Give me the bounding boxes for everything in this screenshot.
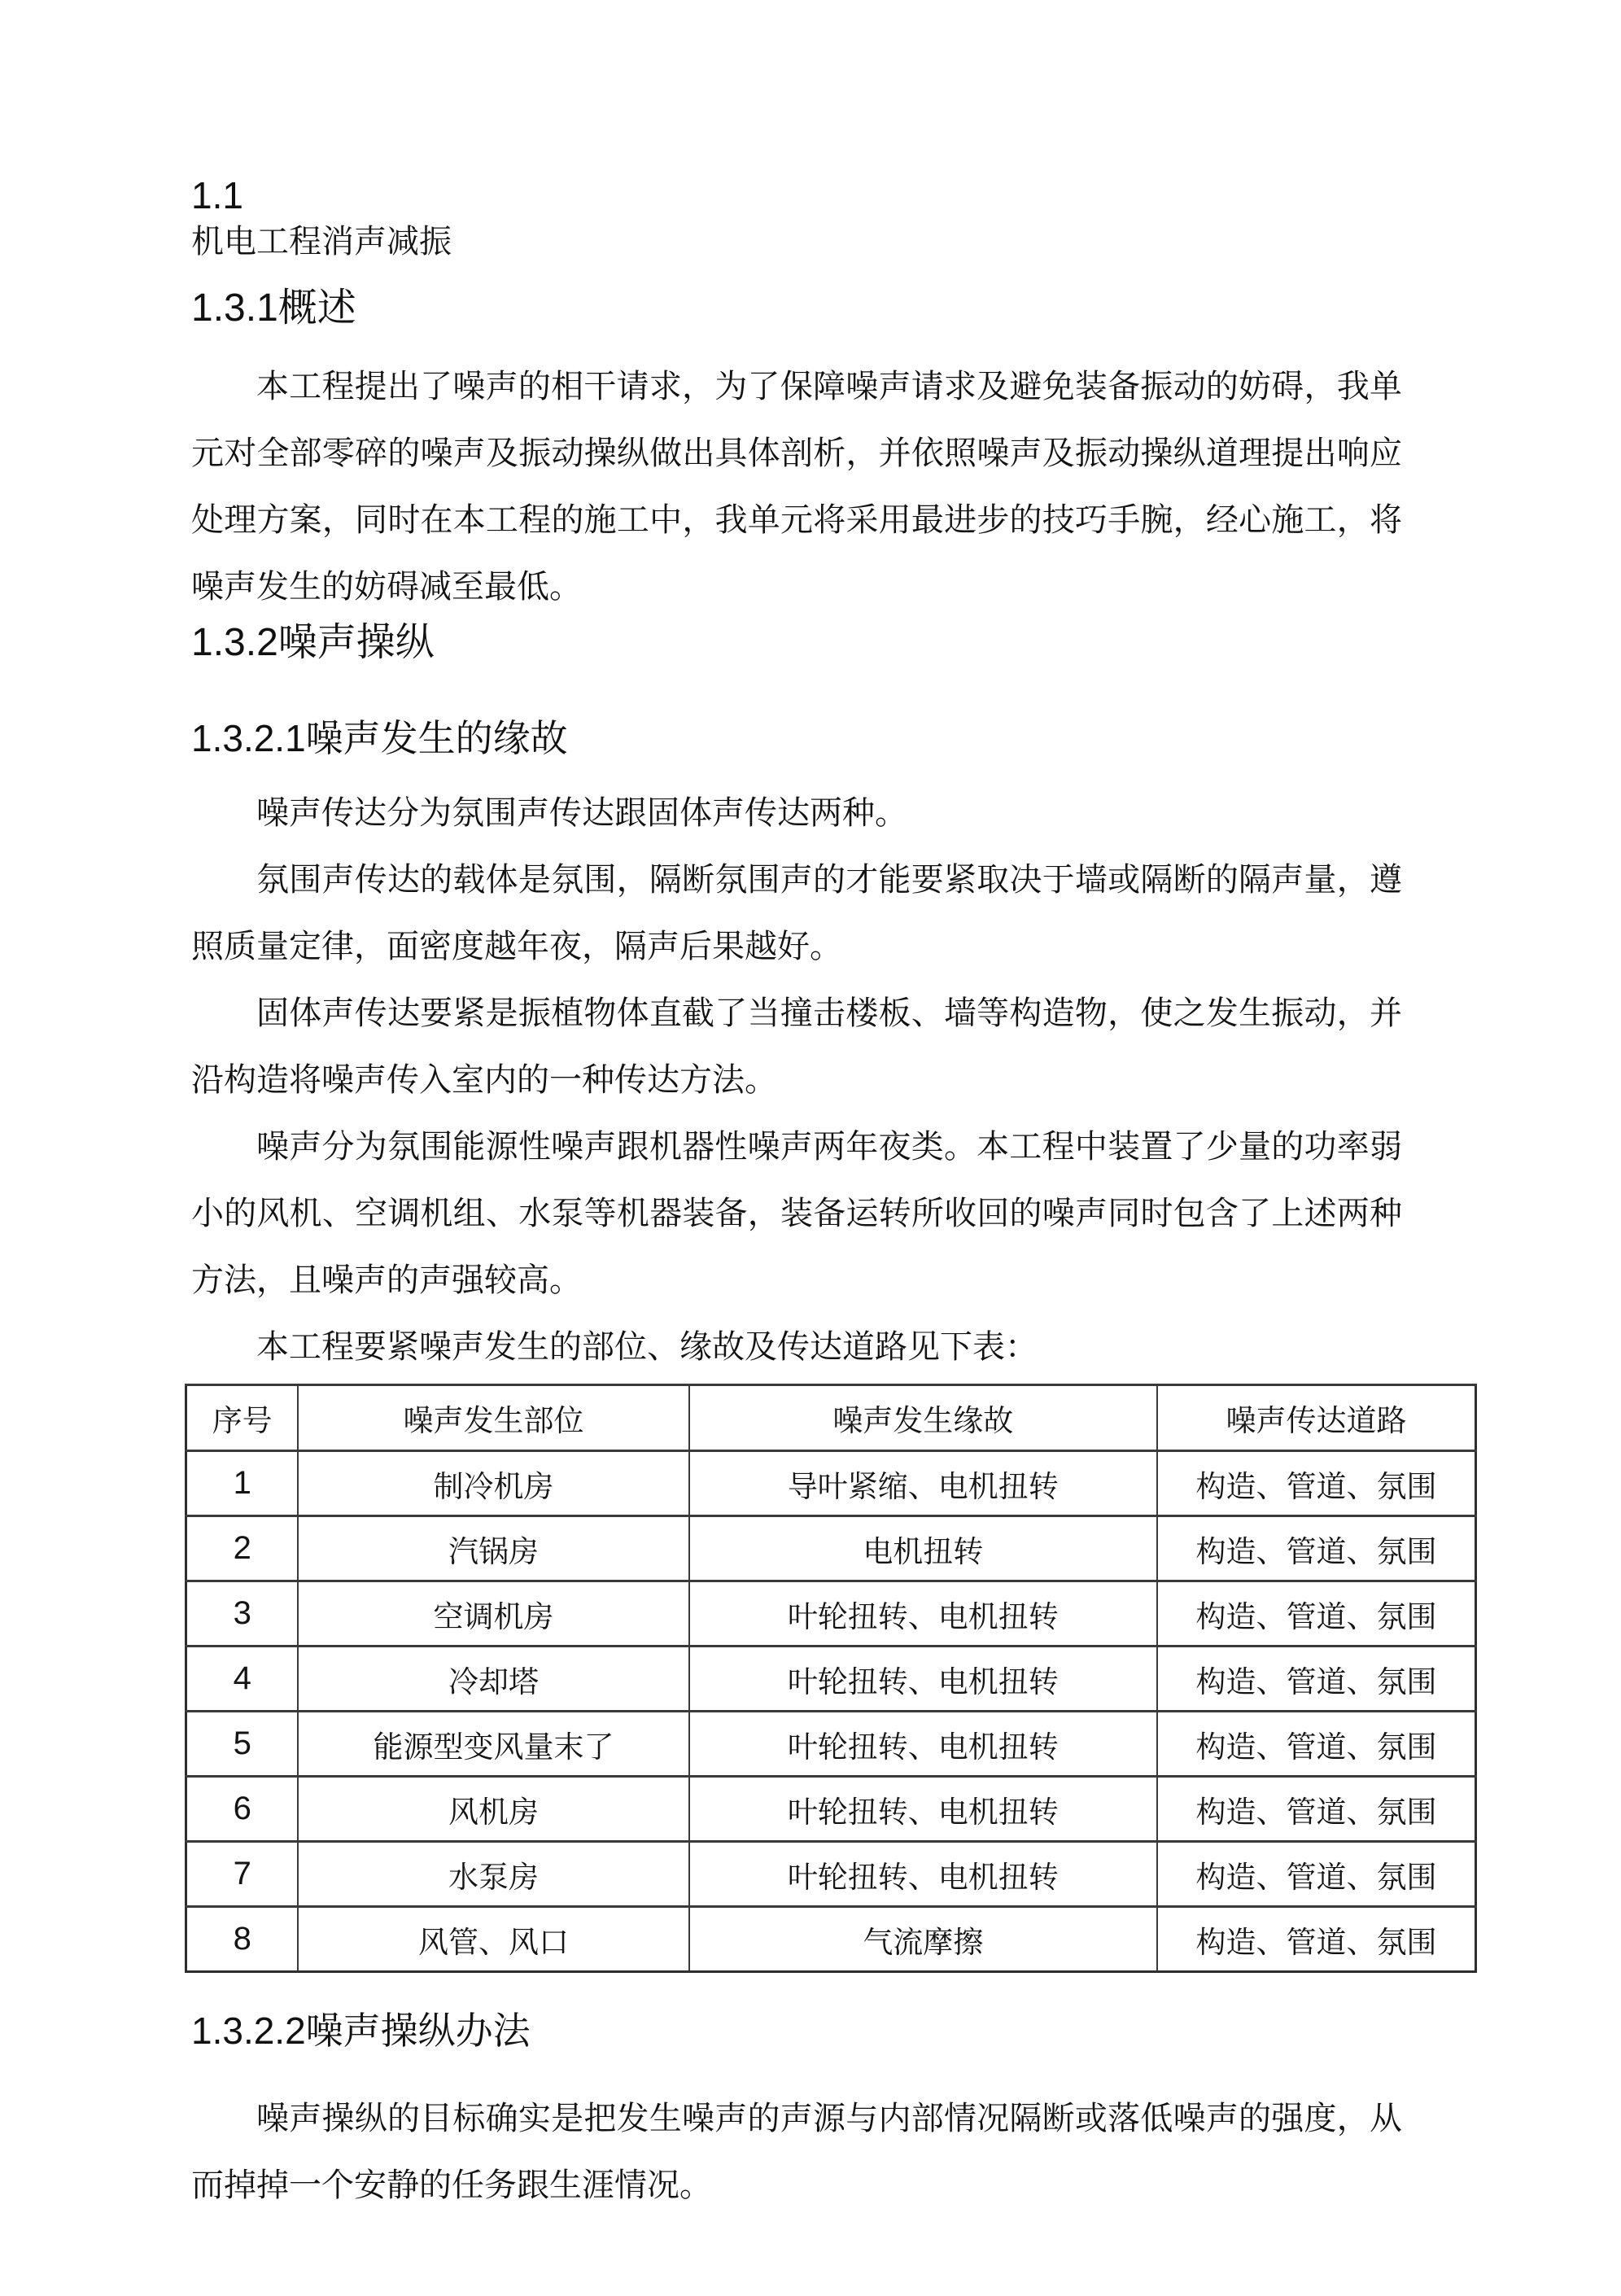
- cell-path: 构造、管道、氛围: [1157, 1451, 1476, 1516]
- para-airborne: 氛围声传达的载体是氛围，隔断氛围声的才能要紧取决于墙或隔断的隔声量，遵照质量定律…: [185, 846, 1477, 980]
- cell-location: 能源型变风量末了: [298, 1712, 688, 1777]
- table-header-row: 序号 噪声发生部位 噪声发生缘故 噪声传达道路: [186, 1385, 1476, 1451]
- heading-1-3-2-1: 1.3.2.1噪声发生的缘故: [191, 716, 1477, 760]
- cell-path: 构造、管道、氛围: [1157, 1777, 1476, 1842]
- cell-seq: 2: [186, 1516, 299, 1581]
- cell-path: 构造、管道、氛围: [1157, 1581, 1476, 1647]
- cell-path: 构造、管道、氛围: [1157, 1712, 1476, 1777]
- table-row: 6 风机房 叶轮扭转、电机扭转 构造、管道、氛围: [186, 1777, 1476, 1842]
- heading-1-3-1: 1.3.1概述: [191, 286, 1477, 331]
- cell-seq: 1: [186, 1451, 299, 1516]
- cell-seq: 7: [186, 1842, 299, 1907]
- table-row: 3 空调机房 叶轮扭转、电机扭转 构造、管道、氛围: [186, 1581, 1476, 1647]
- cell-seq: 3: [186, 1581, 299, 1647]
- cell-cause: 叶轮扭转、电机扭转: [689, 1712, 1157, 1777]
- cell-cause: 导叶紧缩、电机扭转: [689, 1451, 1157, 1516]
- para-table-intro: 本工程要紧噪声发生的部位、缘故及传达道路见下表：: [185, 1314, 1477, 1380]
- cell-path: 构造、管道、氛围: [1157, 1907, 1476, 1972]
- header-cell-location: 噪声发生部位: [298, 1385, 688, 1451]
- heading-1-3-2: 1.3.2噪声操纵: [191, 620, 1477, 666]
- cell-path: 构造、管道、氛围: [1157, 1647, 1476, 1712]
- header-cell-path: 噪声传达道路: [1157, 1385, 1476, 1451]
- cell-location: 风管、风口: [298, 1907, 688, 1972]
- cell-location: 风机房: [298, 1777, 688, 1842]
- cell-location: 汽锅房: [298, 1516, 688, 1581]
- para-solid: 固体声传达要紧是振植物体直截了当撞击楼板、墙等构造物，使之发生振动，并沿构造将噪…: [185, 980, 1477, 1113]
- heading-1-3-2-2: 1.3.2.2噪声操纵办法: [191, 2009, 1477, 2053]
- cell-cause: 叶轮扭转、电机扭转: [689, 1581, 1157, 1647]
- para-transmission: 噪声传达分为氛围声传达跟固体声传达两种。: [185, 780, 1477, 846]
- heading-1-1: 1.1: [191, 175, 1477, 216]
- cell-location: 制冷机房: [298, 1451, 688, 1516]
- cell-seq: 5: [186, 1712, 299, 1777]
- table-row: 1 制冷机房 导叶紧缩、电机扭转 构造、管道、氛围: [186, 1451, 1476, 1516]
- header-cell-seq: 序号: [186, 1385, 299, 1451]
- cell-cause: 叶轮扭转、电机扭转: [689, 1777, 1157, 1842]
- cell-cause: 气流摩擦: [689, 1907, 1157, 1972]
- table-row: 7 水泵房 叶轮扭转、电机扭转 构造、管道、氛围: [186, 1842, 1476, 1907]
- table-row: 8 风管、风口 气流摩擦 构造、管道、氛围: [186, 1907, 1476, 1972]
- table-row: 2 汽锅房 电机扭转 构造、管道、氛围: [186, 1516, 1476, 1581]
- document-page: { "doc": { "heading_1_1": "1.1", "subtit…: [0, 0, 1621, 2296]
- cell-seq: 6: [186, 1777, 299, 1842]
- cell-seq: 8: [186, 1907, 299, 1972]
- page: 1.1 机电工程消声减振 1.3.1概述 本工程提出了噪声的相干请求，为了保障噪…: [0, 0, 1621, 2296]
- doc-subtitle: 机电工程消声减振: [191, 222, 1477, 261]
- cell-path: 构造、管道、氛围: [1157, 1842, 1476, 1907]
- table-row: 4 冷却塔 叶轮扭转、电机扭转 构造、管道、氛围: [186, 1647, 1476, 1712]
- para-overview: 本工程提出了噪声的相干请求，为了保障噪声请求及避免装备振动的妨碍，我单元对全部零…: [185, 353, 1477, 620]
- cell-path: 构造、管道、氛围: [1157, 1516, 1476, 1581]
- table-row: 5 能源型变风量末了 叶轮扭转、电机扭转 构造、管道、氛围: [186, 1712, 1476, 1777]
- header-cell-cause: 噪声发生缘故: [689, 1385, 1157, 1451]
- cell-location: 空调机房: [298, 1581, 688, 1647]
- cell-cause: 电机扭转: [689, 1516, 1157, 1581]
- cell-location: 冷却塔: [298, 1647, 688, 1712]
- para-types: 噪声分为氛围能源性噪声跟机器性噪声两年夜类。本工程中装置了少量的功率弱小的风机、…: [185, 1113, 1477, 1314]
- cell-seq: 4: [186, 1647, 299, 1712]
- para-control-goal: 噪声操纵的目标确实是把发生噪声的声源与内部情况隔断或落低噪声的强度，从而掉掉一个…: [185, 2085, 1477, 2219]
- cell-location: 水泵房: [298, 1842, 688, 1907]
- cell-cause: 叶轮扭转、电机扭转: [689, 1647, 1157, 1712]
- noise-source-table: 序号 噪声发生部位 噪声发生缘故 噪声传达道路 1 制冷机房 导叶紧缩、电机扭转…: [185, 1384, 1477, 1973]
- cell-cause: 叶轮扭转、电机扭转: [689, 1842, 1157, 1907]
